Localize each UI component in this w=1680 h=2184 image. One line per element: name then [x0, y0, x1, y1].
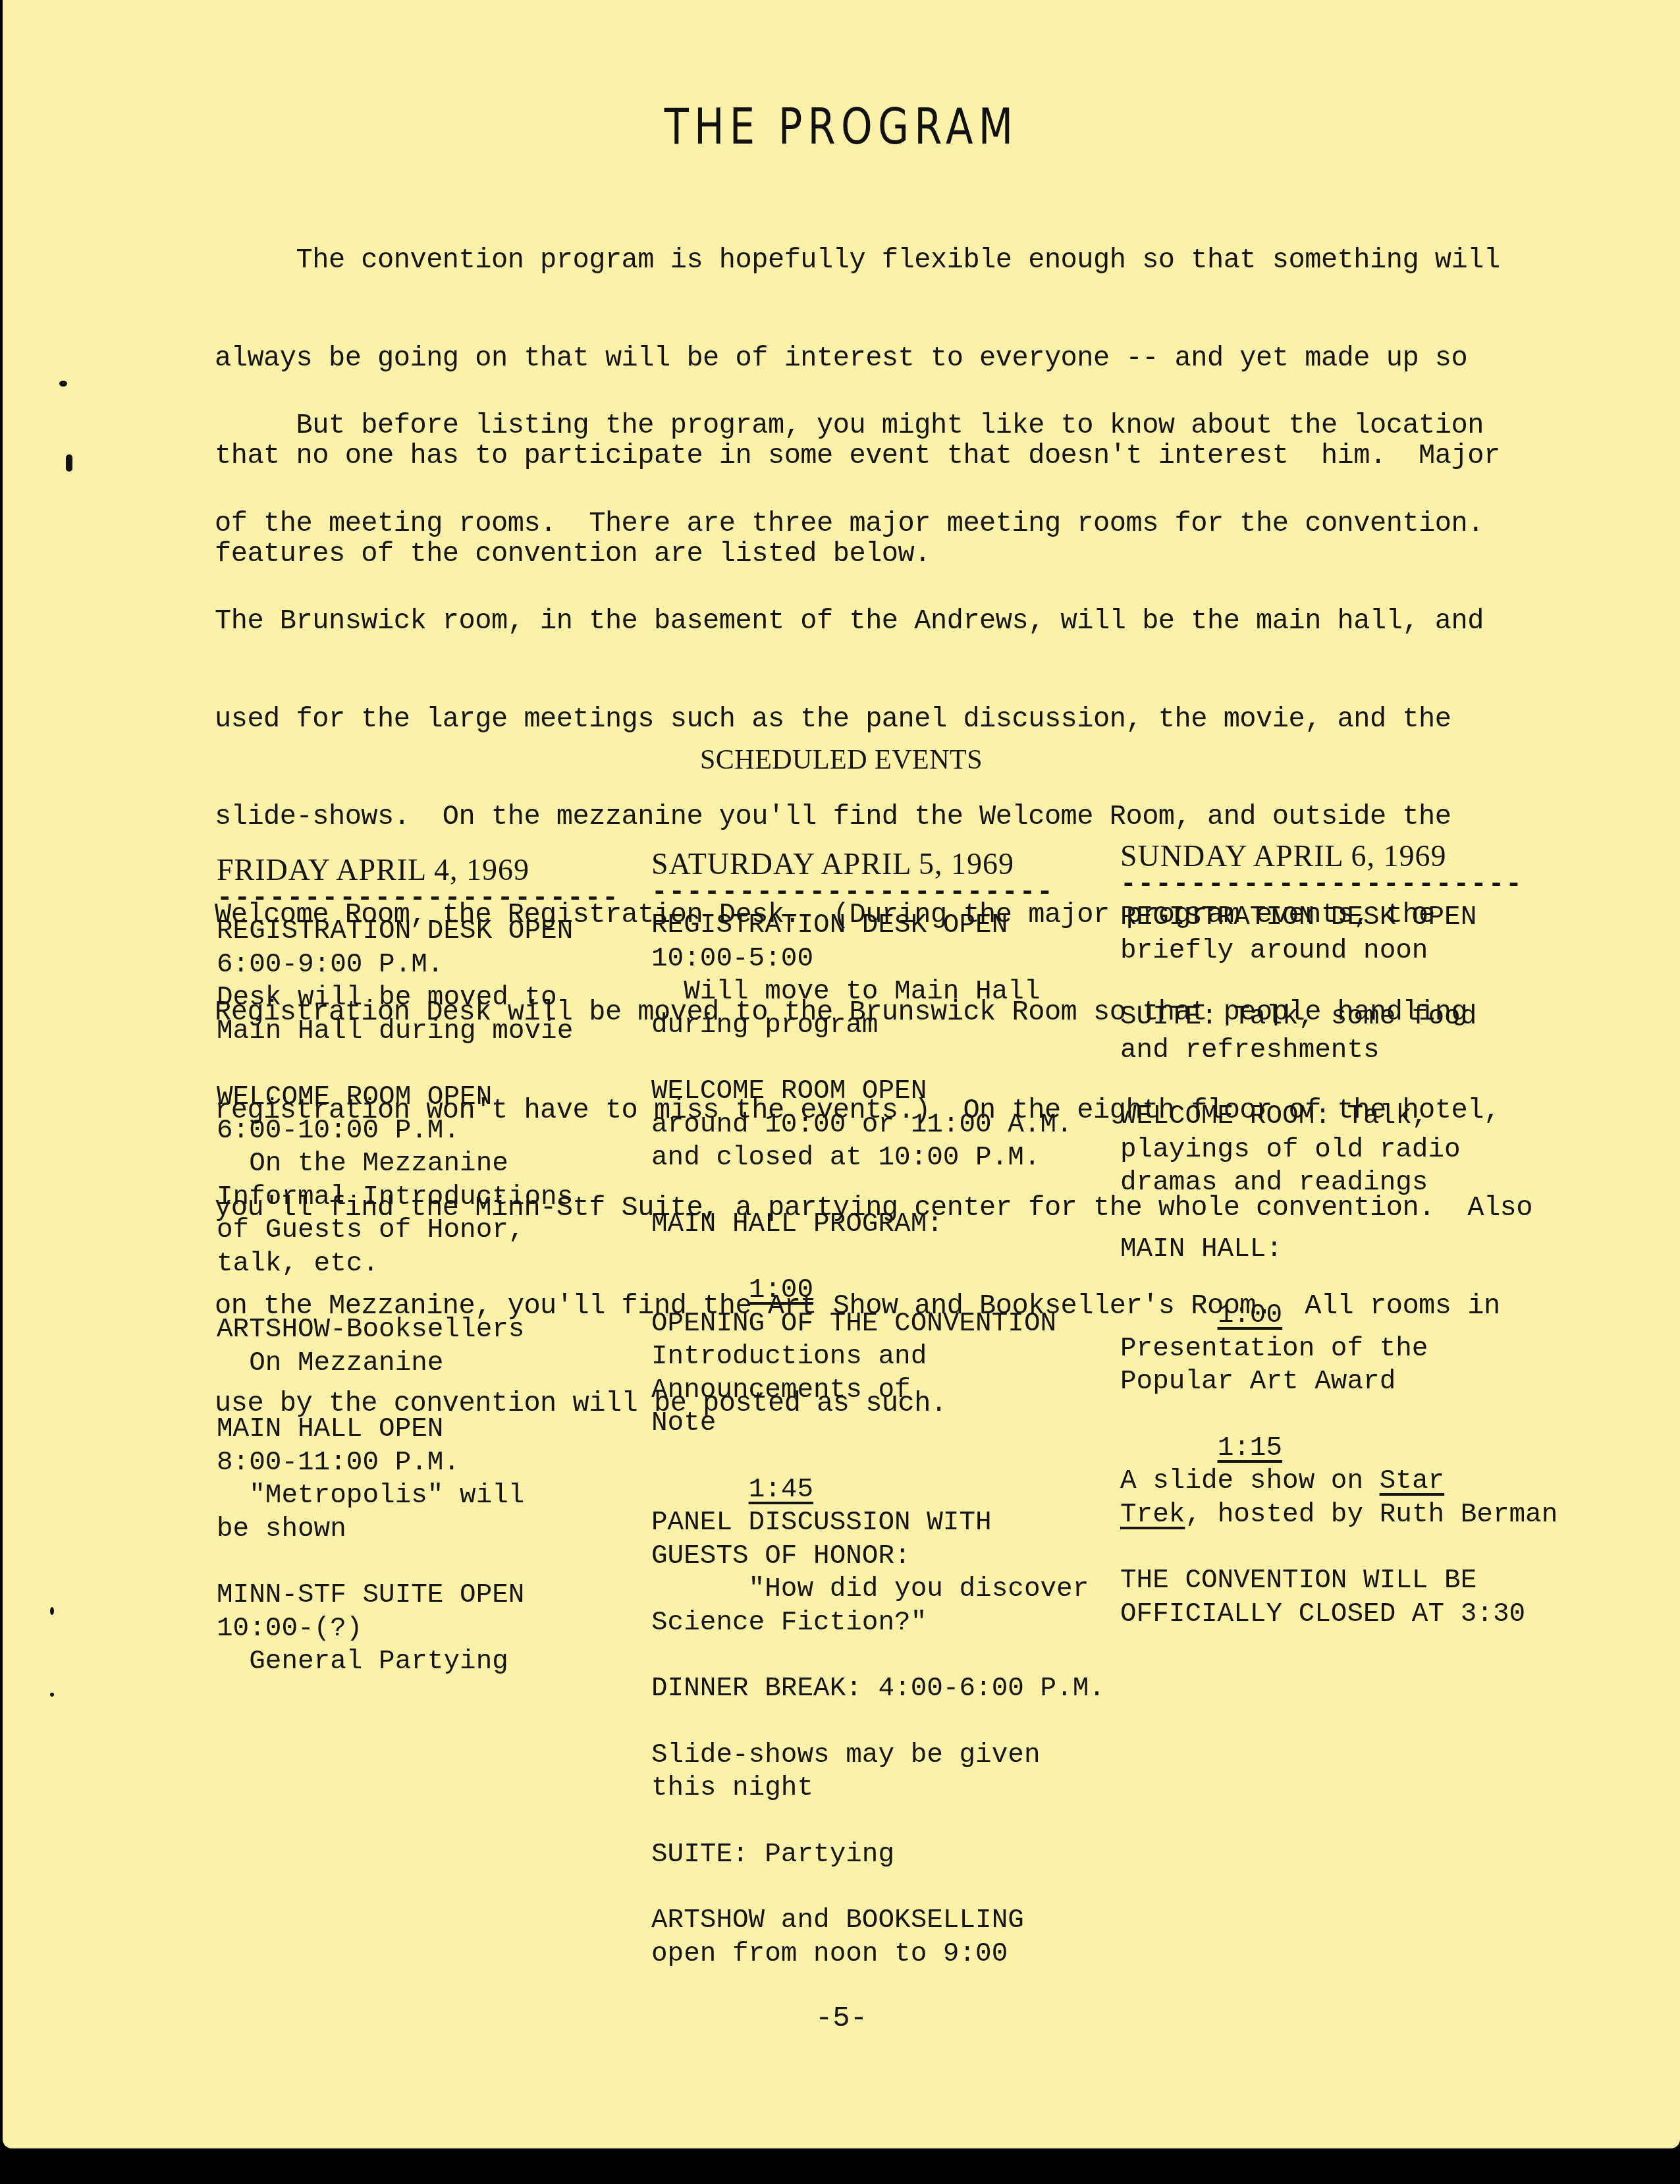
main-hall-label: MAIN HALL:	[1120, 1233, 1558, 1267]
event-note: be shown	[217, 1513, 620, 1546]
event-note: GUESTS OF HONOR:	[651, 1540, 1105, 1573]
event-note: Trek, hosted by Ruth Berman	[1120, 1498, 1558, 1532]
event-note: during program	[651, 1009, 1105, 1043]
event-note: "How did you discover	[651, 1573, 1105, 1606]
document-page: THE PROGRAM The convention program is ho…	[3, 0, 1680, 2148]
event-title: Presentation of the	[1120, 1332, 1558, 1366]
dashed-rule: -----------------------	[217, 882, 620, 915]
saturday-column: SATURDAY APRIL 5, 1969 -----------------…	[651, 848, 1105, 1971]
event-note: Announcements of	[651, 1374, 1105, 1407]
text-span: , hosted by Ruth Berman	[1185, 1500, 1558, 1530]
event-title: REGISTRATION DESK OPEN	[651, 909, 1105, 942]
event-note: Note	[651, 1407, 1105, 1440]
event-block: WELCOME ROOM OPEN 6:00-10:00 P.M. On the…	[217, 1081, 620, 1280]
time-heading: 1:00	[1120, 1299, 1558, 1332]
event-note: Science Fiction?"	[651, 1606, 1105, 1640]
event-title: REGISTRATION DESK OPEN	[1120, 901, 1558, 935]
scan-speck	[59, 381, 67, 387]
event-note: Introductions and	[651, 1340, 1105, 1374]
time-value: 1:15	[1218, 1433, 1282, 1463]
event-note: briefly around noon	[1120, 935, 1558, 968]
event-title: WELCOME ROOM OPEN	[651, 1075, 1105, 1108]
event-note: Popular Art Award	[1120, 1365, 1558, 1399]
event-note: "Metropolis" will	[217, 1479, 620, 1513]
event-time: 10:00-5:00	[651, 942, 1105, 976]
event-note: and closed at 10:00 P.M.	[651, 1141, 1105, 1175]
time-value: 1:00	[749, 1275, 813, 1305]
scan-speck	[50, 1693, 54, 1697]
text-span: A slide show on	[1120, 1466, 1380, 1496]
event-title: WELCOME ROOM OPEN	[217, 1081, 620, 1114]
event-time: around 10:00 or 11:00 A.M.	[651, 1108, 1105, 1142]
scan-speck	[50, 1607, 54, 1615]
event-time: 8:00-11:00 P.M.	[217, 1446, 620, 1480]
event-block: ARTSHOW-Booksellers On Mezzanine	[217, 1313, 620, 1380]
event-block: MAIN HALL OPEN 8:00-11:00 P.M. "Metropol…	[217, 1413, 620, 1546]
event-note: and refreshments	[1120, 1034, 1558, 1068]
closing-notice: OFFICIALLY CLOSED AT 3:30	[1120, 1598, 1558, 1631]
event-note: of Guests of Honor,	[217, 1214, 620, 1247]
event-title: MAIN HALL OPEN	[217, 1413, 620, 1446]
event-title: WELCOME ROOM: Talk,	[1120, 1100, 1558, 1133]
page-title: THE PROGRAM	[153, 99, 1529, 155]
friday-column: FRIDAY APRIL 4, 1969 -------------------…	[217, 854, 620, 1679]
event-title: SUITE: Partying	[651, 1838, 1105, 1872]
closing-notice: THE CONVENTION WILL BE	[1120, 1564, 1558, 1598]
event-title: ARTSHOW-Booksellers	[217, 1313, 620, 1347]
sunday-column: SUNDAY APRIL 6, 1969 -------------------…	[1120, 840, 1558, 1631]
event-title: SUITE: Talk, some food	[1120, 1000, 1558, 1034]
text-line: of the meeting rooms. There are three ma…	[215, 508, 1571, 541]
event-title: A slide show on Star	[1120, 1465, 1558, 1498]
text-line: used for the large meetings such as the …	[215, 703, 1571, 736]
event-block: REGISTRATION DESK OPEN 10:00-5:00 Will m…	[651, 909, 1105, 1042]
time-value: 1:00	[1218, 1300, 1282, 1330]
text-line: slide-shows. On the mezzanine you'll fin…	[215, 801, 1571, 834]
event-time: 6:00-9:00 P.M.	[217, 948, 620, 982]
time-heading: 1:45	[651, 1473, 1105, 1507]
event-block: WELCOME ROOM OPEN around 10:00 or 11:00 …	[651, 1075, 1105, 1175]
event-block: MINN-STF SUITE OPEN 10:00-(?) General Pa…	[217, 1579, 620, 1679]
event-note: Slide-shows may be given	[651, 1739, 1105, 1772]
time-heading: 1:00	[651, 1274, 1105, 1307]
text-line: The convention program is hopefully flex…	[215, 244, 1571, 277]
page-number: -5-	[3, 2002, 1680, 2035]
event-note: dramas and readings	[1120, 1166, 1558, 1200]
event-note: General Partying	[217, 1645, 620, 1679]
event-note: On the Mezzanine	[217, 1147, 620, 1181]
event-block: REGISTRATION DESK OPEN 6:00-9:00 P.M. De…	[217, 915, 620, 1048]
event-time: 6:00-10:00 P.M.	[217, 1114, 620, 1148]
event-note: open from noon to 9:00	[651, 1938, 1105, 1971]
event-title: PANEL DISCUSSION WITH	[651, 1506, 1105, 1540]
event-note: Desk will be moved to	[217, 981, 620, 1015]
event-title: OPENING OF THE CONVENTION	[651, 1307, 1105, 1341]
event-title: MINN-STF SUITE OPEN	[217, 1579, 620, 1612]
main-hall-label: MAIN HALL PROGRAM:	[651, 1208, 1105, 1242]
dinner-break: DINNER BREAK: 4:00-6:00 P.M.	[651, 1672, 1105, 1706]
event-time: 10:00-(?)	[217, 1612, 620, 1646]
show-title: Star	[1380, 1466, 1444, 1496]
dashed-rule: -----------------------	[651, 876, 1105, 910]
event-note: Informal Introductions	[217, 1181, 620, 1215]
text-line: The Brunswick room, in the basement of t…	[215, 605, 1571, 638]
event-title: REGISTRATION DESK OPEN	[217, 915, 620, 948]
event-title: ARTSHOW and BOOKSELLING	[651, 1904, 1105, 1938]
event-note: Will move to Main Hall	[651, 975, 1105, 1009]
show-title: Trek	[1120, 1500, 1185, 1530]
event-note: talk, etc.	[217, 1247, 620, 1281]
event-note: On Mezzanine	[217, 1347, 620, 1380]
dashed-rule: -----------------------	[1120, 868, 1558, 902]
event-note: this night	[651, 1772, 1105, 1805]
event-note: Main Hall during movie	[217, 1015, 620, 1049]
text-line: But before listing the program, you migh…	[215, 410, 1571, 443]
event-note: playings of old radio	[1120, 1133, 1558, 1167]
section-heading: SCHEDULED EVENTS	[3, 744, 1680, 776]
time-value: 1:45	[749, 1475, 813, 1505]
time-heading: 1:15	[1120, 1432, 1558, 1465]
scan-speck	[66, 454, 72, 472]
